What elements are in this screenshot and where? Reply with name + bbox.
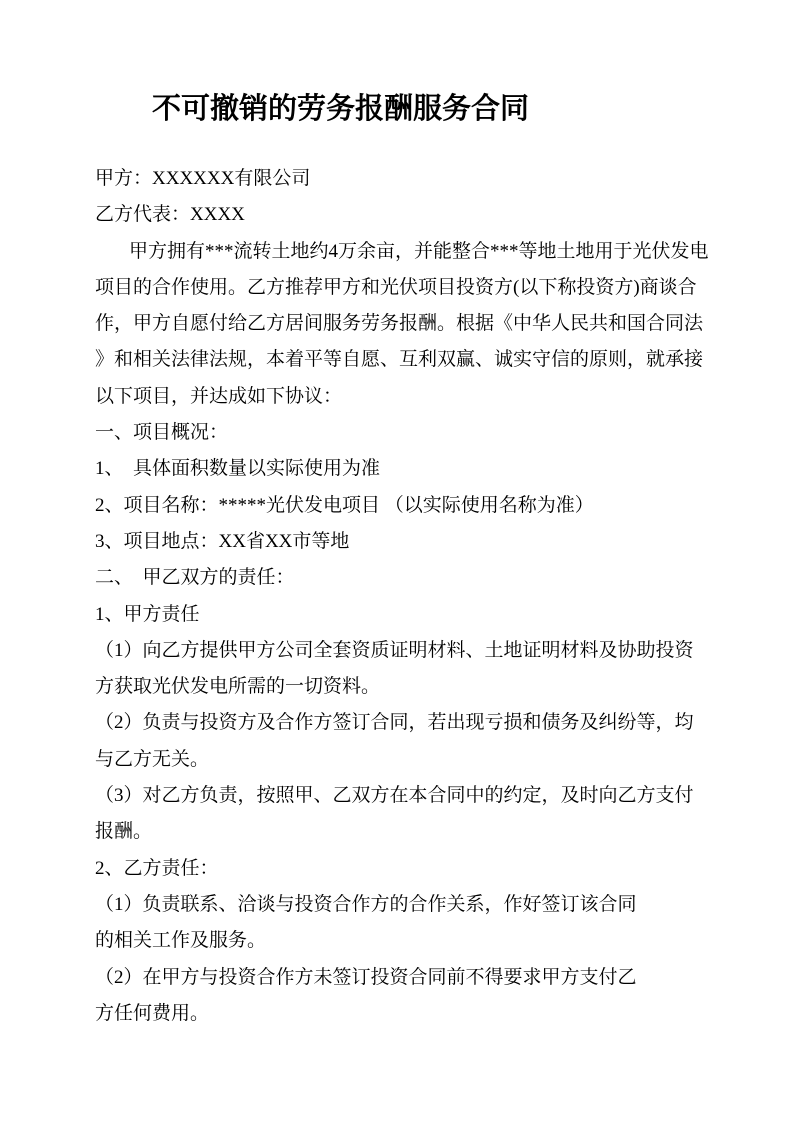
document-body: 甲方：XXXXXX有限公司 乙方代表：XXXX 甲方拥有***流转土地约4万余亩… [95,161,704,1032]
document-line: 》和相关法律法规，本着平等自愿、互利双赢、诚实守信的原则，就承接 [95,342,704,378]
document-line: 报酬。 [95,814,704,850]
document-line: 2、项目名称：*****光伏发电项目 （以实际使用名称为准） [95,488,704,524]
document-line: 2、乙方责任： [95,851,704,887]
document-line: 方任何费用。 [95,996,704,1032]
document-line: （1）负责联系、洽谈与投资合作方的合作关系，作好签订该合同 [95,887,704,923]
document-line: 与乙方无关。 [95,742,704,778]
document-line: 项目的合作使用。乙方推荐甲方和光伏项目投资方(以下称投资方)商谈合 [95,270,704,306]
section-heading-1: 一、项目概况： [95,415,704,451]
document-line: 3、项目地点：XX省XX市等地 [95,524,704,560]
party-b-line: 乙方代表：XXXX [95,197,704,233]
document-line: （2）负责与投资方及合作方签订合同，若出现亏损和债务及纠纷等，均 [95,705,704,741]
document-line: 1、 具体面积数量以实际使用为准 [95,451,704,487]
document-line: （3）对乙方负责，按照甲、乙双方在本合同中的约定，及时向乙方支付 [95,778,704,814]
document-line: 以下项目，并达成如下协议： [95,379,704,415]
document-line: （1）向乙方提供甲方公司全套资质证明材料、土地证明材料及协助投资 [95,633,704,669]
document-line: 1、甲方责任 [95,597,704,633]
section-heading-2: 二、 甲乙双方的责任： [95,560,704,596]
document-line: 甲方拥有***流转土地约4万余亩，并能整合***等地土地用于光伏发电 [95,234,704,270]
document-title: 不可撤销的劳务报酬服务合同 [95,87,704,131]
contract-document-page: 不可撤销的劳务报酬服务合同 甲方：XXXXXX有限公司 乙方代表：XXXX 甲方… [0,0,794,1122]
document-line: 作，甲方自愿付给乙方居间服务劳务报酬。根据《中华人民共和国合同法 [95,306,704,342]
document-line: 方获取光伏发电所需的一切资料。 [95,669,704,705]
document-line: 的相关工作及服务。 [95,923,704,959]
document-line: （2）在甲方与投资合作方未签订投资合同前不得要求甲方支付乙 [95,960,704,996]
party-a-line: 甲方：XXXXXX有限公司 [95,161,704,197]
